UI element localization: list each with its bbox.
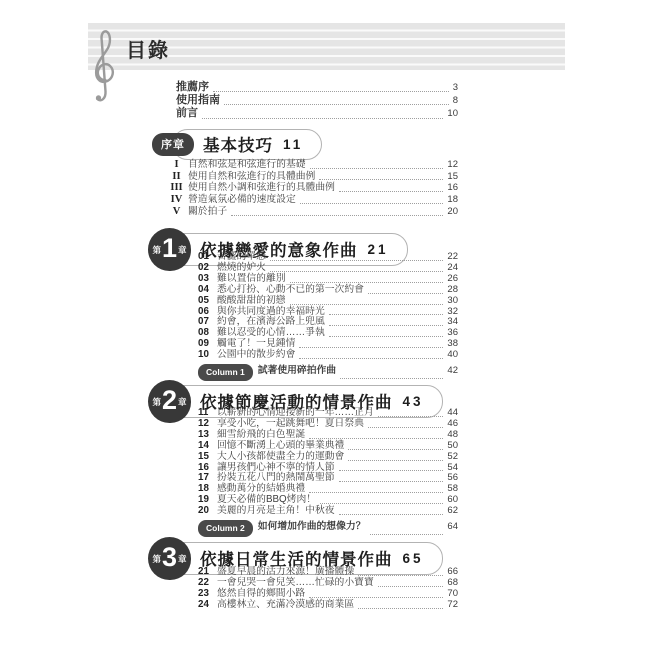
- toc-item: III 使用自然小調和弦進行的具體曲例 16: [168, 182, 458, 194]
- item-number: 10: [198, 350, 214, 361]
- toc-item: 15 大人小孩都使盡全力的運動會 52: [198, 452, 458, 463]
- frontmatter-page-number: 8: [453, 94, 458, 107]
- toc-item: 04 悉心打扮、心動不已的第一次約會 28: [198, 285, 458, 296]
- dot-leader: [358, 608, 443, 609]
- toc-column-item: Column 2 如何增加作曲的想像力？ 64: [198, 520, 458, 537]
- badge-number: 2: [162, 387, 177, 414]
- item-number: 04: [198, 285, 214, 296]
- frontmatter-list: 推薦序 3 使用指南 8 前言 10: [176, 81, 458, 121]
- toc-item: 05 酸酸甜甜的初戀 30: [198, 296, 458, 307]
- item-page-number: 12: [447, 159, 458, 171]
- chapter-title-box: 基本技巧 11: [172, 129, 322, 160]
- item-page-number: 40: [447, 350, 458, 361]
- item-page-number: 52: [447, 452, 458, 463]
- dot-leader: [310, 168, 444, 169]
- item-page-number: 15: [447, 171, 458, 183]
- chapter-badge: 第 1 章: [148, 228, 191, 271]
- chapter-badge: 第 2 章: [148, 380, 191, 423]
- chapter-page-number: 43: [403, 394, 424, 409]
- dot-leader: [368, 293, 443, 294]
- item-title: 高樓林立、充滿冷漠感的商業區: [217, 600, 354, 611]
- dot-leader: [370, 534, 444, 535]
- item-number: 14: [198, 441, 214, 452]
- item-title: 美麗的月亮是主角！中秋夜: [217, 506, 335, 517]
- item-number: 20: [198, 506, 214, 517]
- item-title: 關於拍子: [188, 206, 227, 218]
- dot-leader: [270, 260, 443, 261]
- item-number: V: [168, 206, 185, 218]
- page-title: 目錄: [126, 34, 170, 63]
- toc-page: 目錄 推薦序 3 使用指南 8 前言 10 序章 基本技巧 11 I 自然和弦是…: [0, 0, 655, 655]
- dot-leader: [339, 481, 444, 482]
- item-title: 大人小孩都使盡全力的運動會: [217, 452, 344, 463]
- toc-item: 14 回憶不斷湧上心頭的畢業典禮 50: [198, 441, 458, 452]
- dot-leader: [339, 470, 444, 471]
- column-page-number: 64: [447, 520, 458, 533]
- item-title: 悉心打扮、心動不已的第一次約會: [217, 285, 364, 296]
- dot-leader: [299, 347, 443, 348]
- item-title: 營造氣氛必備的速度設定: [188, 194, 296, 206]
- dot-leader: [290, 304, 444, 305]
- item-page-number: 30: [447, 296, 458, 307]
- dot-leader: [348, 460, 443, 461]
- chapter-items-1: 01 苦澀的單戀 22 02 燃燒的妒火 24 03 難以置信的離別 26 04…: [198, 252, 458, 381]
- badge-number: 3: [162, 544, 177, 571]
- chapter-header-prologue: 序章 基本技巧 11: [152, 129, 322, 160]
- dot-leader: [329, 336, 444, 337]
- item-page-number: 28: [447, 285, 458, 296]
- toc-item: 20 美麗的月亮是主角！中秋夜 62: [198, 506, 458, 517]
- chapter-title: 基本技巧: [203, 132, 273, 156]
- badge-number: 1: [162, 235, 177, 262]
- toc-item: V 關於拍子 20: [168, 206, 458, 218]
- dot-leader: [309, 597, 443, 598]
- dot-leader: [231, 215, 443, 216]
- frontmatter-label: 推薦序: [176, 81, 209, 94]
- badge-suffix: 章: [178, 396, 187, 408]
- item-number: 15: [198, 452, 214, 463]
- item-title: 使用自然和弦進行的具體曲例: [188, 171, 315, 183]
- dot-leader: [378, 416, 444, 417]
- badge-prefix: 第: [152, 553, 161, 565]
- toc-item: I 自然和弦是和弦進行的基礎 12: [168, 159, 458, 171]
- toc-item: IV 營造氣氛必備的速度設定 18: [168, 194, 458, 206]
- dot-leader: [348, 449, 443, 450]
- frontmatter-item: 推薦序 3: [176, 81, 458, 94]
- item-title: 回憶不斷湧上心頭的畢業典禮: [217, 441, 344, 452]
- dot-leader: [290, 282, 444, 283]
- dot-leader: [340, 378, 443, 379]
- item-number: I: [168, 159, 185, 171]
- badge-prefix: 第: [152, 396, 161, 408]
- item-page-number: 50: [447, 441, 458, 452]
- dot-leader: [329, 325, 444, 326]
- column-page-number: 42: [447, 364, 458, 377]
- item-title: 酸酸甜甜的初戀: [217, 296, 286, 307]
- frontmatter-page-number: 10: [447, 107, 458, 120]
- item-page-number: 72: [447, 600, 458, 611]
- frontmatter-item: 使用指南 8: [176, 94, 458, 107]
- chapter-badge: 序章: [152, 133, 194, 156]
- dot-leader: [378, 586, 444, 587]
- dot-leader: [339, 191, 443, 192]
- item-page-number: 20: [447, 206, 458, 218]
- badge-suffix: 章: [178, 553, 187, 565]
- frontmatter-label: 使用指南: [176, 94, 220, 107]
- dot-leader: [309, 492, 443, 493]
- item-number: 24: [198, 600, 214, 611]
- badge-prefix: 第: [152, 244, 161, 256]
- dot-leader: [358, 575, 443, 576]
- badge-suffix: 章: [178, 244, 187, 256]
- chapter-page-number: 65: [403, 551, 424, 566]
- column-title: 如何增加作曲的想像力？: [258, 520, 366, 533]
- frontmatter-item: 前言 10: [176, 107, 458, 120]
- toc-column-item: Column 1 試著使用碎拍作曲 42: [198, 364, 458, 381]
- dot-leader: [299, 358, 443, 359]
- dot-leader: [309, 438, 443, 439]
- column-badge: Column 2: [198, 520, 253, 537]
- frontmatter-page-number: 3: [453, 81, 458, 94]
- item-number: II: [168, 171, 185, 183]
- item-title: 公園中的散步約會: [217, 350, 295, 361]
- item-title: 使用自然小調和弦進行的具體曲例: [188, 182, 335, 194]
- chapter-items-prologue: I 自然和弦是和弦進行的基礎 12 II 使用自然和弦進行的具體曲例 15 II…: [168, 159, 458, 218]
- item-page-number: 16: [447, 182, 458, 194]
- chapter-badge: 第 3 章: [148, 537, 191, 580]
- dot-leader: [300, 203, 444, 204]
- chapter-items-2: 11 以嶄新的心情迎接新的一年……正月 44 12 享受小吃，一起跳舞吧！夏日祭…: [198, 408, 458, 537]
- toc-item: II 使用自然和弦進行的具體曲例 15: [168, 171, 458, 183]
- item-number: 05: [198, 296, 214, 307]
- item-number: IV: [168, 194, 185, 206]
- dot-leader: [270, 271, 443, 272]
- item-page-number: 18: [447, 194, 458, 206]
- column-title: 試著使用碎拍作曲: [258, 364, 336, 377]
- toc-item: 10 公園中的散步約會 40: [198, 350, 458, 361]
- dot-leader: [224, 104, 449, 105]
- item-number: III: [168, 182, 185, 194]
- column-badge: Column 1: [198, 364, 253, 381]
- dot-leader: [202, 118, 443, 119]
- dot-leader: [329, 314, 444, 315]
- frontmatter-label: 前言: [176, 107, 198, 120]
- dot-leader: [319, 179, 443, 180]
- chapter-page-number: 11: [283, 137, 303, 152]
- item-title: 自然和弦是和弦進行的基礎: [188, 159, 306, 171]
- toc-item: 24 高樓林立、充滿冷漠感的商業區 72: [198, 600, 458, 611]
- item-page-number: 62: [447, 506, 458, 517]
- dot-leader: [368, 427, 443, 428]
- dot-leader: [213, 91, 449, 92]
- treble-clef-icon: [92, 24, 119, 115]
- chapter-items-3: 21 盛夏早晨的活力來源！廣播體操 66 22 一會兒哭一會兒笑……忙碌的小寶寶…: [198, 567, 458, 611]
- dot-leader: [339, 514, 444, 515]
- dot-leader: [320, 503, 443, 504]
